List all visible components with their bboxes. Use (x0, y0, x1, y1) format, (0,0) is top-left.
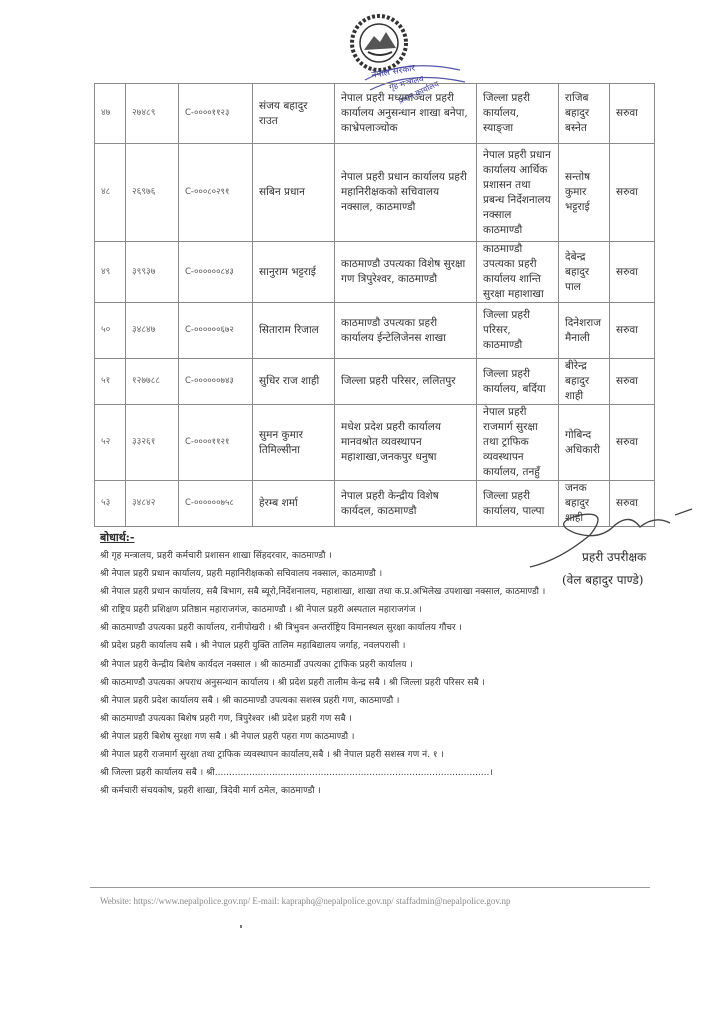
cell-approver: दिनेशराज मैनाली (559, 303, 610, 359)
cell-sn: ४८ (95, 144, 126, 242)
cell-id: १२७७८८ (126, 359, 179, 405)
distribution-line: श्री काठमाण्डौ उपत्यका प्रहरी कार्यालय, … (100, 619, 545, 637)
cell-name: सबिन प्रधान (253, 144, 335, 242)
cell-from: काठमाण्डौ उपत्यका विशेष सुरक्षा गण त्रिप… (335, 242, 477, 303)
table-row: ५०३४८४७C-००००००६७२सिताराम रिजालकाठमाण्डौ… (95, 303, 655, 359)
cell-to: नेपाल प्रहरी प्रधान कार्यालय आर्थिक प्रश… (477, 144, 559, 242)
distribution-line: श्री नेपाल प्रहरी राजमार्ग सुरक्षा तथा ट… (100, 746, 545, 764)
cell-approver: सन्तोष कुमार भट्टराई (559, 144, 610, 242)
distribution-line: श्री काठमाण्डौ उपत्यका अपराध अनुसन्धान क… (100, 674, 545, 692)
cell-name: सुमन कुमार तिमिल्सीना (253, 405, 335, 481)
cell-approver: गोबिन्द अधिकारी (559, 405, 610, 481)
cell-sn: ५२ (95, 405, 126, 481)
cell-to: जिल्ला प्रहरी परिसर, काठमाण्डौ (477, 303, 559, 359)
distribution-line: श्री राष्ट्रिय प्रहरी प्रशिक्षण प्रतिष्ठ… (100, 601, 545, 619)
cell-approver: देबेन्द्र बहादुर पाल (559, 242, 610, 303)
cell-code: C-०००८०२९१ (179, 144, 253, 242)
cell-code: C-००००११२३ (179, 84, 253, 144)
distribution-list: श्री गृह मन्त्रालय, प्रहरी कर्मचारी प्रश… (100, 547, 545, 800)
cell-name: सिताराम रिजाल (253, 303, 335, 359)
cell-remark: सरुवा (610, 144, 655, 242)
table-row: ५२३३२६१C-००००११२१सुमन कुमार तिमिल्सीनामध… (95, 405, 655, 481)
cell-to: जिल्ला प्रहरी कार्यालय, बर्दिया (477, 359, 559, 405)
cell-remark: सरुवा (610, 303, 655, 359)
distribution-line: श्री नेपाल प्रहरी प्रदेश कार्यालय सबै । … (100, 692, 545, 710)
cell-to: काठमाण्डौ उपत्यका प्रहरी कार्यालय शान्ति… (477, 242, 559, 303)
cell-id: ३४८४७ (126, 303, 179, 359)
distribution-line: श्री नेपाल प्रहरी प्रधान कार्यालय, प्रहर… (100, 565, 545, 583)
distribution-line: श्री काठमाण्डौ उपत्यका बिशेष प्रहरी गण, … (100, 710, 545, 728)
cell-sn: ५१ (95, 359, 126, 405)
cell-name: संजय बहादुर राउत (253, 84, 335, 144)
cell-sn: ४७ (95, 84, 126, 144)
cell-remark: सरुवा (610, 84, 655, 144)
cell-code: C-००००११२१ (179, 405, 253, 481)
cell-id: २६९७६ (126, 144, 179, 242)
distribution-line: श्री नेपाल प्रहरी प्रधान कार्यालय, सबै ब… (100, 583, 545, 601)
cell-from: मधेश प्रदेश प्रहरी कार्यालय मानवश्रोत व्… (335, 405, 477, 481)
cell-from: जिल्ला प्रहरी परिसर, ललितपुर (335, 359, 477, 405)
distribution-heading: बोधार्थ:- (100, 530, 134, 545)
table-row: ५११२७७८८C-००००००७४३सुधिर राज शाहीजिल्ला … (95, 359, 655, 405)
signatory-name: (वेल बहादुर पाण्डे) (562, 571, 643, 588)
cell-code: C-००००००८४३ (179, 242, 253, 303)
cell-from: नेपाल प्रहरी प्रधान कार्यालय प्रहरी महान… (335, 144, 477, 242)
cell-to: जिल्ला प्रहरी कार्यालय, स्याङ्जा (477, 84, 559, 144)
cell-id: ३४८४२ (126, 481, 179, 527)
table-row: ४८२६९७६C-०००८०२९१सबिन प्रधाननेपाल प्रहरी… (95, 144, 655, 242)
cell-approver: राजिब बहादुर बस्नेत (559, 84, 610, 144)
distribution-line: श्री गृह मन्त्रालय, प्रहरी कर्मचारी प्रश… (100, 547, 545, 565)
table-row: ४७२७४८९C-००००११२३संजय बहादुर राउतनेपाल प… (95, 84, 655, 144)
cell-to: नेपाल प्रहरी राजमार्ग सुरक्षा तथा ट्राफि… (477, 405, 559, 481)
distribution-line: श्री कर्मचारी संचयकोष, प्रहरी शाखा, त्रि… (100, 782, 545, 800)
cell-code: C-००००००६७२ (179, 303, 253, 359)
distribution-line: श्री प्रदेश प्रहरी कार्यालय सबै । श्री न… (100, 637, 545, 655)
cell-sn: ५३ (95, 481, 126, 527)
footer-contact: Website: https://www.nepalpolice.gov.np/… (100, 896, 511, 906)
distribution-line: श्री नेपाल प्रहरी बिशेष सुरक्षा गण सबै ।… (100, 728, 545, 746)
cell-from: नेपाल प्रहरी मध्यमाञ्चल प्रहरी कार्यालय … (335, 84, 477, 144)
cell-remark: सरुवा (610, 242, 655, 303)
cell-code: C-००००००७४३ (179, 359, 253, 405)
transfer-table: ४७२७४८९C-००००११२३संजय बहादुर राउतनेपाल प… (94, 83, 655, 527)
cell-remark: सरुवा (610, 405, 655, 481)
distribution-line: श्री नेपाल प्रहरी केन्द्रीय बिशेष कार्यद… (100, 656, 545, 674)
cell-name: सुधिर राज शाही (253, 359, 335, 405)
table-row: ४९३९९३७C-००००००८४३सानुराम भट्टराईकाठमाण्… (95, 242, 655, 303)
cell-name: हेरम्ब शर्मा (253, 481, 335, 527)
cell-id: ३३२६१ (126, 405, 179, 481)
distribution-line: श्री जिल्ला प्रहरी कार्यालय सबै । श्री..… (100, 764, 545, 782)
cell-sn: ५० (95, 303, 126, 359)
nepal-government-emblem-icon (344, 12, 414, 74)
cell-remark: सरुवा (610, 359, 655, 405)
cell-name: सानुराम भट्टराई (253, 242, 335, 303)
cell-id: २७४८९ (126, 84, 179, 144)
cell-from: काठमाण्डौ उपत्यका प्रहरी कार्यालय ईन्टेल… (335, 303, 477, 359)
page-mark (240, 925, 242, 928)
cell-id: ३९९३७ (126, 242, 179, 303)
signatory-title: प्रहरी उपरीक्षक (582, 548, 646, 565)
footer-divider (90, 887, 650, 888)
cell-from: नेपाल प्रहरी केन्द्रीय विशेष कार्यदल, का… (335, 481, 477, 527)
cell-sn: ४९ (95, 242, 126, 303)
cell-code: C-००००००७५८ (179, 481, 253, 527)
cell-approver: बीरेन्द्र बहादुर शाही (559, 359, 610, 405)
